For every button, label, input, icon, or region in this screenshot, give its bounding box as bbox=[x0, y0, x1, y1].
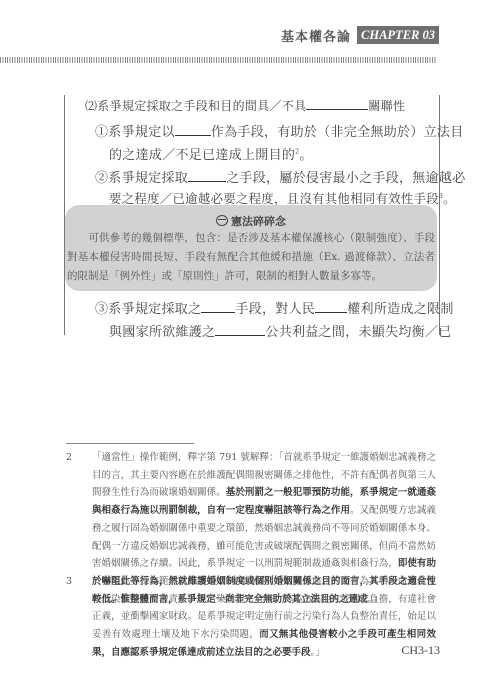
sub-3-text-2: 與國家所欲維護之 bbox=[109, 325, 215, 340]
content-box: ⑵系爭規定採取之手段和目的間具／不具關聯性 ①系爭規定以作為手段，有助於（非完全… bbox=[64, 95, 440, 335]
sub-3-text: ③系爭規定採取之 bbox=[95, 302, 201, 317]
sub-3-text-b: 手段，對人民 bbox=[235, 302, 315, 317]
punct: 。 bbox=[443, 191, 456, 206]
blank bbox=[315, 302, 347, 313]
sub-2-text: ②系爭規定採取 bbox=[95, 171, 188, 186]
footnote-3: 3 「必要性」操作範例：釋字第 714 號解釋：「對施行前之污染行為人若不命其就… bbox=[66, 573, 436, 662]
page-number: CH3-13 bbox=[401, 643, 440, 658]
sub-1-line-2: 的之達成／不足已達成上開目的2。 bbox=[109, 144, 313, 163]
item-2-line: ⑵系爭規定採取之手段和目的間具／不具關聯性 bbox=[85, 97, 405, 114]
blank bbox=[188, 171, 226, 182]
blank bbox=[175, 125, 211, 136]
running-title: 基本權各論 bbox=[281, 26, 351, 45]
sub-2-line-1: ②系爭規定採取之手段，屬於侵害最小之手段，無逾越必 bbox=[95, 167, 466, 186]
callout-body: 可供參考的幾個標準，包含：是否涉及基本權保護核心（限制強度）、手段對基本權侵害時… bbox=[67, 229, 435, 286]
sub-1-text-b: 作為手段，有助於（非完全無助於）立法目 bbox=[211, 125, 464, 140]
callout-title-text: 憲法碎碎念 bbox=[231, 215, 286, 228]
sub-3-text-c: 權利所造成之限制 bbox=[347, 302, 453, 317]
sub-3-line-2: 與國家所欲維護之公共利益之間，未顯失均衡／已 bbox=[109, 321, 452, 340]
sub-1-line-1: ①系爭規定以作為手段，有助於（非完全無助於）立法目 bbox=[95, 121, 464, 140]
footnote-number: 2 bbox=[66, 449, 72, 467]
fn-text: 。」 bbox=[311, 647, 325, 658]
sub-3-text-2b: 公共利益之間，未顯失均衡／已 bbox=[265, 325, 451, 340]
header-dashed-rule bbox=[0, 57, 437, 63]
punct: 。 bbox=[299, 148, 312, 163]
sub-1-text: ①系爭規定以 bbox=[95, 125, 175, 140]
footnote-separator bbox=[66, 443, 194, 444]
blank bbox=[306, 99, 368, 110]
page-header: 基本權各論 CHAPTER 03 bbox=[281, 26, 439, 44]
sub-3-line-1: ③系爭規定採取之手段，對人民權利所造成之限制 bbox=[95, 298, 454, 317]
constitution-notes-callout: 憲法碎碎念 可供參考的幾個標準，包含：是否涉及基本權保護核心（限制強度）、手段對… bbox=[65, 205, 437, 291]
chapter-badge: CHAPTER 03 bbox=[357, 26, 439, 44]
speech-bubble-icon bbox=[216, 215, 228, 226]
callout-title: 憲法碎碎念 bbox=[65, 213, 437, 229]
footnote-body: 「必要性」操作範例：釋字第 714 號解釋：「對施行前之污染行為人若不命其就現存… bbox=[92, 573, 436, 662]
blank bbox=[201, 302, 235, 313]
sub-1-text-2: 的之達成／不足已達成上開目的 bbox=[109, 148, 295, 163]
item-2-suffix: 關聯性 bbox=[368, 99, 405, 113]
sub-2-text-b: 之手段，屬於侵害最小之手段，無逾越必 bbox=[226, 171, 465, 186]
item-2-text: ⑵系爭規定採取之手段和目的間具／不具 bbox=[85, 99, 306, 113]
footnote-number: 3 bbox=[66, 573, 72, 591]
sub-2-text-2: 要之程度／已逾越必要之程度，且沒有其他相同有效性手段 bbox=[109, 191, 439, 206]
blank bbox=[215, 325, 265, 336]
